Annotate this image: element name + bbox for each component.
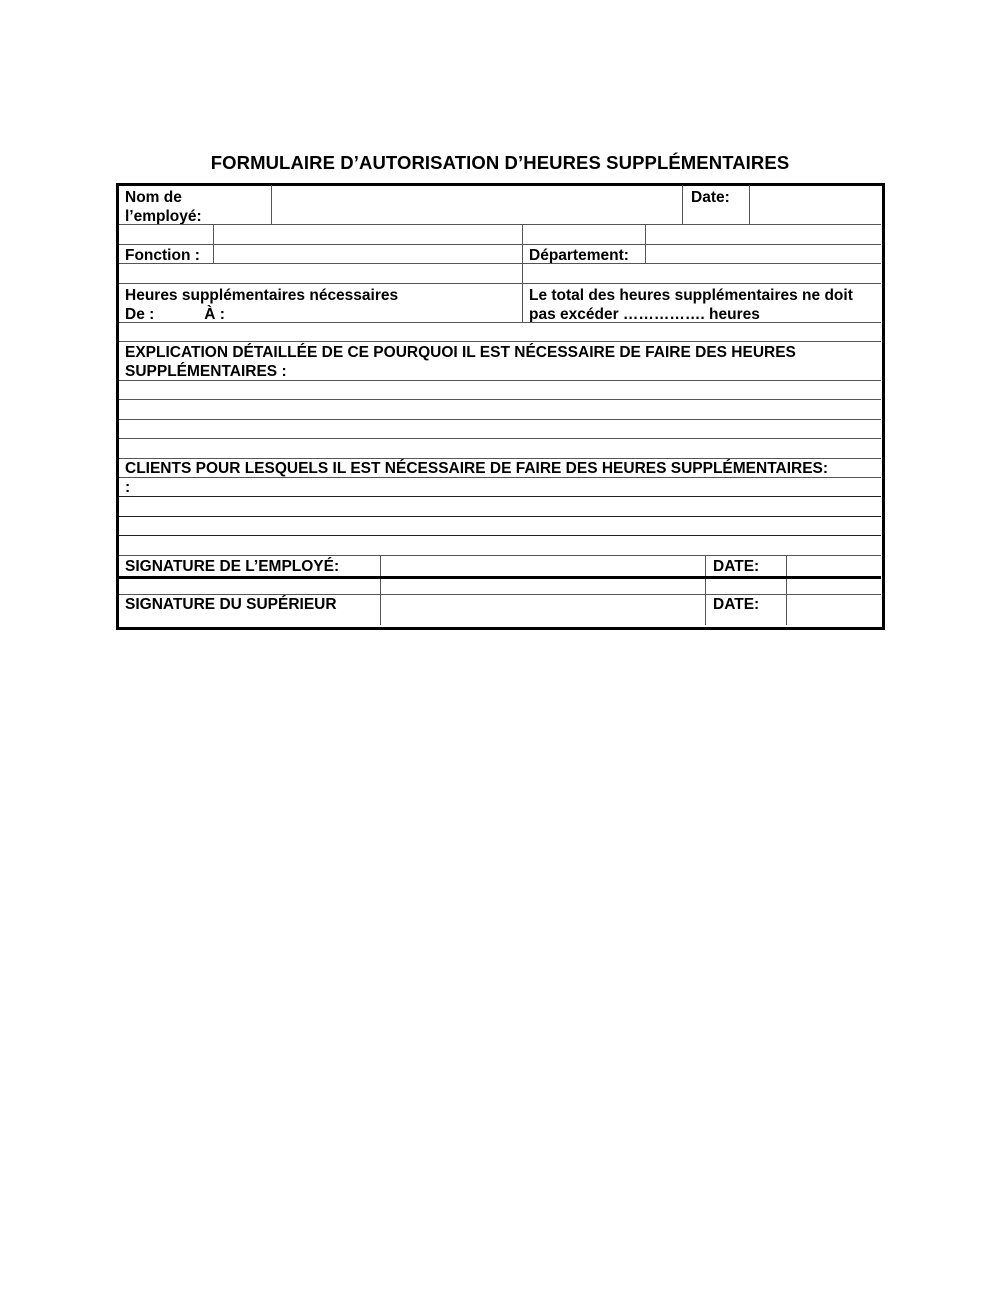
explanation-heading: EXPLICATION DÉTAILLÉE DE CE POURQUOI IL …: [125, 343, 796, 381]
row-divider: [119, 419, 881, 420]
row-divider: [119, 477, 881, 478]
row-divider: [119, 341, 881, 342]
row-divider: [119, 535, 881, 536]
row-divider: [119, 224, 881, 225]
divider: [522, 225, 523, 283]
clients-line-field[interactable]: [124, 518, 876, 534]
explanation-line-field[interactable]: [124, 382, 876, 398]
row-divider: [119, 283, 881, 284]
divider: [271, 185, 272, 225]
employee-date-label: DATE:: [713, 557, 759, 576]
to-label: À :: [204, 306, 225, 323]
divider: [380, 556, 381, 625]
clients-line-field[interactable]: [124, 537, 876, 553]
divider: [786, 556, 787, 625]
clients-heading-line2: :: [125, 478, 828, 497]
hours-limit-note: Le total des heures supplémentaires ne d…: [529, 286, 853, 324]
supervisor-signature-label: SIGNATURE DU SUPÉRIEUR: [125, 595, 337, 614]
form-title: FORMULAIRE D’AUTORISATION D’HEURES SUPPL…: [0, 152, 1000, 174]
employee-name-label-line1: Nom de: [125, 188, 202, 207]
explanation-heading-line1: EXPLICATION DÉTAILLÉE DE CE POURQUOI IL …: [125, 343, 796, 362]
row-divider: [119, 438, 881, 439]
clients-heading-line1: CLIENTS POUR LESQUELS IL EST NÉCESSAIRE …: [125, 459, 828, 478]
from-label: De :: [125, 306, 154, 323]
department-field[interactable]: [650, 246, 878, 263]
row-divider: [119, 380, 881, 381]
clients-heading: CLIENTS POUR LESQUELS IL EST NÉCESSAIRE …: [125, 459, 828, 497]
employee-name-field[interactable]: [276, 188, 676, 220]
row-divider: [119, 516, 881, 517]
date-label: Date:: [691, 188, 730, 207]
supervisor-date-label: DATE:: [713, 595, 759, 614]
row-divider: [119, 244, 881, 245]
explanation-line-field[interactable]: [124, 440, 876, 456]
row-divider: [119, 496, 881, 497]
employee-signature-label: SIGNATURE DE L’EMPLOYÉ:: [125, 557, 339, 576]
row-divider: [119, 399, 881, 400]
explanation-heading-line2: SUPPLÉMENTAIRES :: [125, 362, 796, 381]
hours-needed-title: Heures supplémentaires nécessaires: [125, 286, 398, 305]
row-divider: [119, 322, 881, 323]
employee-signature-field[interactable]: [385, 558, 701, 573]
divider: [682, 185, 683, 225]
function-field[interactable]: [218, 246, 518, 263]
hours-limit-line1: Le total des heures supplémentaires ne d…: [529, 286, 853, 305]
divider: [705, 556, 706, 625]
thick-divider: [119, 576, 881, 579]
divider: [522, 284, 523, 322]
employee-name-label: Nom de l’employé:: [125, 188, 202, 226]
date-field[interactable]: [754, 188, 876, 220]
row-divider: [119, 555, 881, 556]
supervisor-signature-field[interactable]: [385, 597, 701, 623]
row-divider: [119, 263, 881, 264]
supervisor-date-field[interactable]: [791, 597, 877, 623]
explanation-line-field[interactable]: [124, 401, 876, 417]
divider: [749, 185, 750, 225]
employee-date-field[interactable]: [791, 558, 877, 573]
hours-needed-label: Heures supplémentaires nécessaires De :À…: [125, 286, 398, 324]
explanation-line-field[interactable]: [124, 421, 876, 437]
clients-line-field[interactable]: [124, 498, 876, 514]
